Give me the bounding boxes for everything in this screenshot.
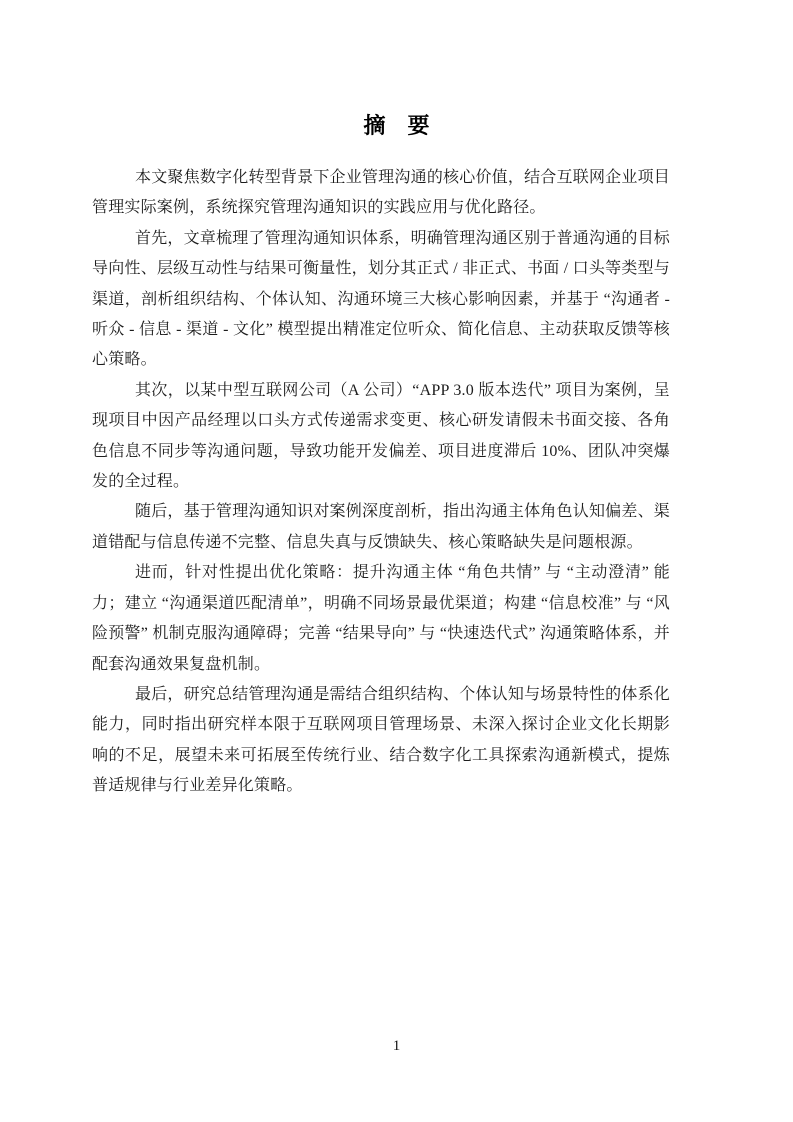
- abstract-paragraph: 随后，基于管理沟通知识对案例深度剖析，指出沟通主体角色认知偏差、渠道错配与信息传…: [92, 497, 670, 558]
- page-number: 1: [0, 1036, 793, 1056]
- document-page: 摘 要 本文聚焦数字化转型背景下企业管理沟通的核心价值，结合互联网企业项目管理实…: [0, 0, 793, 1122]
- page-title: 摘 要: [0, 112, 793, 140]
- abstract-paragraph: 最后，研究总结管理沟通是需结合组织结构、个体认知与场景特性的体系化能力，同时指出…: [92, 680, 670, 802]
- abstract-paragraph: 进而，针对性提出优化策略：提升沟通主体 “角色共情” 与 “主动澄清” 能力；建…: [92, 558, 670, 680]
- abstract-paragraph: 本文聚焦数字化转型背景下企业管理沟通的核心价值，结合互联网企业项目管理实际案例，…: [92, 163, 670, 224]
- abstract-paragraph: 首先，文章梳理了管理沟通知识体系，明确管理沟通区别于普通沟通的目标导向性、层级互…: [92, 224, 670, 376]
- abstract-paragraph: 其次，以某中型互联网公司（A 公司）“APP 3.0 版本迭代” 项目为案例，呈…: [92, 376, 670, 498]
- abstract-body: 本文聚焦数字化转型背景下企业管理沟通的核心价值，结合互联网企业项目管理实际案例，…: [92, 163, 670, 802]
